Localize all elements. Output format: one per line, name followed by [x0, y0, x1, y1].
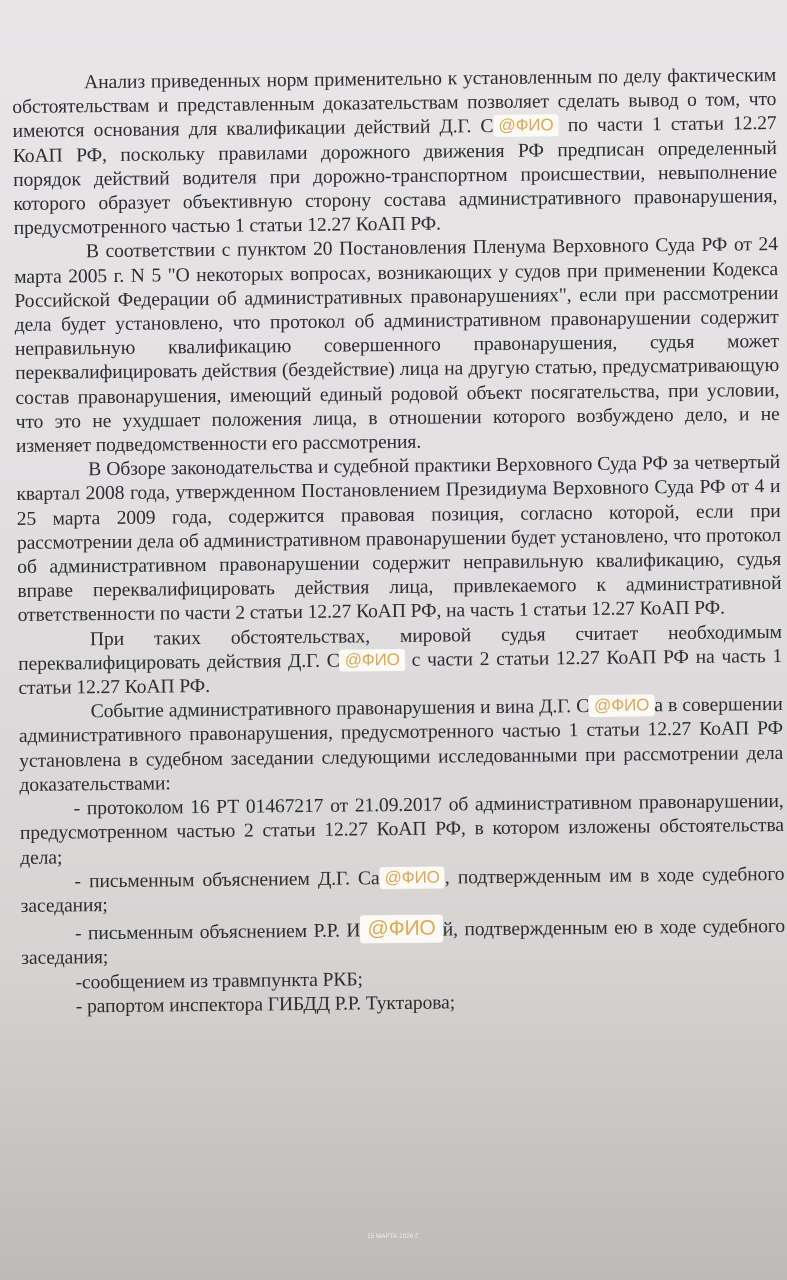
body-paragraph: В Обзоре законодательства и судебной пра… — [16, 451, 782, 628]
body-paragraph: При таких обстоятельствах, мировой судья… — [18, 621, 783, 702]
redacted-name-tag: @ФИО — [340, 649, 405, 672]
evidence-list-item: - письменным объяснением Д.Г. Са@ФИО, по… — [20, 863, 784, 919]
evidence-list-item: - письменным объяснением Р.Р. И@ФИОй, по… — [21, 911, 786, 971]
evidence-list-item: - протоколом 16 РТ 01467217 от 21.09.201… — [20, 790, 785, 871]
body-paragraph: В соответствии с пунктом 20 Постановлени… — [14, 233, 780, 459]
redacted-name-tag: @ФИО — [589, 695, 654, 718]
redacted-name-tag: @ФИО — [379, 866, 444, 889]
redacted-name-tag: @ФИО — [493, 115, 558, 138]
body-paragraph: Анализ приведенных норм применительно к … — [12, 64, 778, 241]
date-stamp-watermark: 15 МАРТА 2026 Г. — [0, 1234, 787, 1240]
redacted-name-tag: @ФИО — [360, 915, 443, 944]
document-page: Анализ приведенных норм применительно к … — [12, 64, 786, 1020]
body-paragraph: Событие административного правонарушения… — [19, 693, 784, 798]
